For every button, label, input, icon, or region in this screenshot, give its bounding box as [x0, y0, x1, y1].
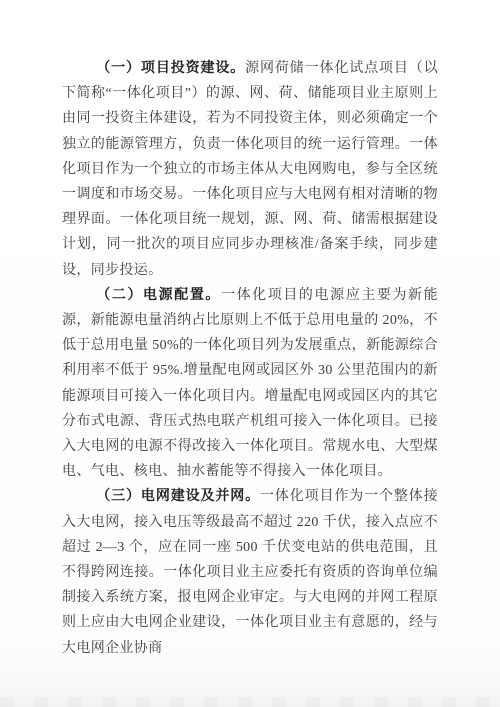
document-text-block: （一）项目投资建设。源网荷储一体化试点项目（以下简称“一体化项目”）的源、网、荷… [62, 56, 438, 661]
paragraph-body-project-investment: 源网荷储一体化试点项目（以下简称“一体化项目”）的源、网、荷、储能项目业主原则上… [62, 61, 438, 278]
paragraph-power-config: （二）电源配置。一体化项目的电源应主要为新能源，新能源电量消纳占比原则上不低于总… [62, 283, 438, 485]
scan-artifact [0, 697, 500, 707]
paragraph-body-power-config: 一体化项目的电源应主要为新能源，新能源电量消纳占比原则上不低于总用电量的 20%… [62, 288, 438, 479]
paragraph-body-grid-connection: 一体化项目作为一个整体接入大电网，接入电压等级最高不超过 220 千伏，接入点应… [62, 489, 438, 655]
document-page: （一）项目投资建设。源网荷储一体化试点项目（以下简称“一体化项目”）的源、网、荷… [0, 0, 500, 707]
paragraph-project-investment: （一）项目投资建设。源网荷储一体化试点项目（以下简称“一体化项目”）的源、网、荷… [62, 56, 438, 283]
paragraph-grid-connection: （三）电网建设及并网。一体化项目作为一个整体接入大电网，接入电压等级最高不超过 … [62, 484, 438, 660]
section-heading-project-investment: （一）项目投资建设。 [96, 61, 245, 76]
section-heading-power-config: （二）电源配置。 [96, 288, 221, 303]
section-heading-grid-connection: （三）电网建设及并网。 [96, 489, 260, 504]
